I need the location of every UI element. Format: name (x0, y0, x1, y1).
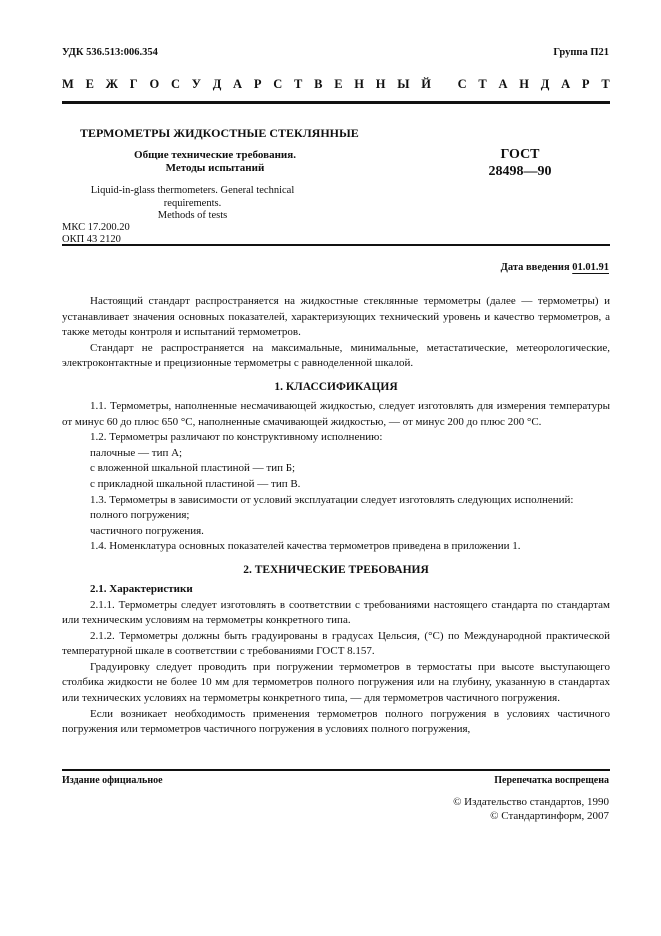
udk-code: УДК 536.513:006.354 (62, 47, 158, 58)
clause-1-4: 1.4. Номенклатура основных показателей к… (62, 539, 610, 555)
banner-letter: Р (582, 77, 590, 92)
clause-1-2: 1.2. Термометры различают по конструктив… (62, 430, 610, 446)
banner-letter (443, 77, 446, 92)
english-title: Liquid-in-glass thermometers. General te… (70, 185, 315, 223)
classification-codes: МКС 17.200.20 ОКП 43 2120 (62, 222, 130, 246)
english-title-line-2: Methods of tests (70, 210, 315, 223)
interstate-standard-banner: МЕЖГОСУДАРСТВЕННЫЙ СТАНДАРТ (62, 77, 610, 92)
intro-paragraph-2: Стандарт не распространяется на максимал… (62, 341, 610, 372)
banner-letter: О (149, 77, 159, 92)
copyright-block: © Издательство стандартов, 1990 © Станда… (453, 795, 609, 823)
clause-1-2-type-c: с прикладной шкальной пластиной — тип В. (62, 477, 610, 493)
banner-letter: Н (376, 77, 386, 92)
clause-2-1-1: 2.1.1. Термометры следует изготовлять в … (62, 598, 610, 629)
banner-letter: Е (334, 77, 342, 92)
section-2-heading: 2. ТЕХНИЧЕСКИЕ ТРЕБОВАНИЯ (62, 561, 610, 579)
document-body: Настоящий стандарт распространяется на ж… (62, 294, 610, 738)
clause-1-3: 1.3. Термометры в зависимости от условий… (62, 493, 610, 509)
gost-label: ГОСТ (470, 146, 570, 163)
banner-letter: С (458, 77, 467, 92)
introduction-date: Дата введения 01.01.91 (501, 262, 609, 273)
subtitle-line-1: Общие технические требования. (110, 149, 320, 162)
bottom-rule (62, 769, 610, 771)
banner-letter: Р (254, 77, 262, 92)
document-title: ТЕРМОМЕТРЫ ЖИДКОСТНЫЕ СТЕКЛЯННЫЕ (80, 126, 359, 141)
clause-2-1-2: 2.1.2. Термометры должны быть градуирова… (62, 629, 610, 660)
section-1-heading: 1. КЛАССИФИКАЦИЯ (62, 378, 610, 396)
clause-1-1: 1.1. Термометры, наполненные несмачивающ… (62, 399, 610, 430)
gost-designation: ГОСТ 28498—90 (470, 146, 570, 180)
mid-rule (62, 244, 610, 246)
banner-letter: А (499, 77, 508, 92)
date-value: 01.01.91 (572, 262, 609, 273)
banner-letter: Ж (106, 77, 118, 92)
banner-letter: А (561, 77, 570, 92)
banner-letter: Т (294, 77, 302, 92)
banner-letter: Г (130, 77, 138, 92)
banner-letter: С (273, 77, 282, 92)
no-reprint-label: Перепечатка воспрещена (494, 775, 609, 786)
intro-paragraph-1: Настоящий стандарт распространяется на ж… (62, 294, 610, 341)
copyright-line-2: © Стандартинформ, 2007 (453, 809, 609, 823)
mks-code: МКС 17.200.20 (62, 222, 130, 234)
clause-2-1-heading: 2.1. Характеристики (62, 582, 610, 598)
subtitle-line-2: Методы испытаний (110, 162, 320, 175)
banner-letter: У (192, 77, 201, 92)
immersion-paragraph: Если возникает необходимость применения … (62, 707, 610, 738)
official-edition-label: Издание официальное (62, 775, 163, 786)
graduation-paragraph: Градуировку следует проводить при погруж… (62, 660, 610, 707)
banner-letter: Т (478, 77, 486, 92)
group-code: Группа П21 (553, 47, 609, 58)
banner-letter: Д (213, 77, 222, 92)
banner-letter: Д (541, 77, 550, 92)
banner-letter: Е (86, 77, 94, 92)
date-label: Дата введения (501, 262, 570, 273)
clause-1-3-partial: частичного погружения. (62, 524, 610, 540)
banner-letter: Н (519, 77, 529, 92)
document-subtitle: Общие технические требования. Методы исп… (110, 149, 320, 175)
clause-1-2-type-a: палочные — тип А; (62, 446, 610, 462)
banner-letter: Й (421, 77, 431, 92)
english-title-line-1: Liquid-in-glass thermometers. General te… (70, 185, 315, 210)
top-rule (62, 101, 610, 104)
banner-letter: В (314, 77, 322, 92)
banner-letter: Т (601, 77, 609, 92)
gost-number: 28498—90 (470, 163, 570, 180)
banner-letter: А (233, 77, 242, 92)
banner-letter: Ы (397, 77, 409, 92)
banner-letter: Н (354, 77, 364, 92)
copyright-line-1: © Издательство стандартов, 1990 (453, 795, 609, 809)
banner-letter: М (62, 77, 74, 92)
clause-1-3-full: полного погружения; (62, 508, 610, 524)
banner-letter: С (171, 77, 180, 92)
clause-1-2-type-b: с вложенной шкальной пластиной — тип Б; (62, 461, 610, 477)
